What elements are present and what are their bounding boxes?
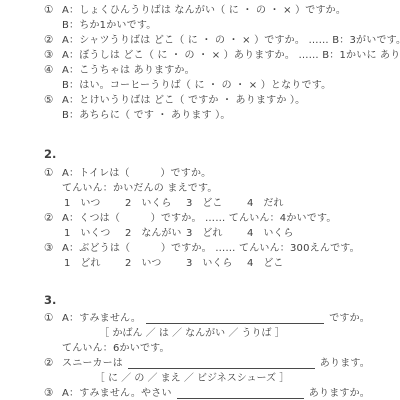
exercise-line: ① A：しょくひんうりばは なんがい（ に ・ の ・ × ）ですか。	[44, 3, 370, 18]
answer-blank	[128, 357, 315, 369]
answer-blank	[177, 387, 304, 399]
exercise-line: B：はい。コーヒーうりば（ に ・ の ・ × ）となりです。	[44, 78, 370, 93]
item-number: ②	[44, 211, 62, 226]
question-suffix: あります。	[320, 356, 370, 371]
dialogue-text: A：とけいうりばは どこ（ ですか ・ ありますか ）。	[62, 93, 305, 108]
choice-option: 4 だれ	[247, 196, 308, 211]
choice-option: 3 いくら	[186, 256, 247, 271]
dialogue-text: B：あちらに（ です ・ あります ）。	[62, 108, 231, 123]
choice-option: 1 どれ	[64, 256, 125, 271]
choice-option: 1 いくつ	[64, 226, 125, 241]
choice-option: 2 なんがい	[125, 226, 186, 241]
answer-line: てんいん：6かいです。	[44, 341, 370, 356]
question-suffix: ありますか。	[309, 386, 370, 400]
dialogue-text: B：ちか1かいです。	[62, 18, 156, 33]
section-3: 3. ① A：すみません。 ですか。 ［ かばん ／ は ／ なんがい ／ うり…	[44, 293, 370, 400]
choice-option: 2 いつ	[125, 256, 186, 271]
clerk-answer-text: てんいん：かいだんの まえです。	[62, 181, 218, 196]
exercise-line: B：ちか1かいです。	[44, 18, 370, 33]
dialogue-text: A：しょくひんうりばは なんがい（ に ・ の ・ × ）ですか。	[62, 3, 346, 18]
word-bank: ［ かばん ／ は ／ なんがい ／ うりば ］	[44, 326, 370, 341]
dialogue-text: A：シャツうりばは どこ（ に ・ の ・ × ）ですか。 …… B：3がいです…	[62, 33, 400, 48]
choice-option: 4 いくら	[247, 226, 308, 241]
section-2: 2. ① A：トイレは（ ）ですか。 てんいん：かいだんの まえです。 1 いつ…	[44, 147, 370, 271]
choice-row: 1 いつ 2 いくら 3 どこ 4 だれ	[44, 196, 370, 211]
item-number: ①	[44, 3, 62, 18]
exercise-line: ② A：シャツうりばは どこ（ に ・ の ・ × ）ですか。 …… B：3がい…	[44, 33, 370, 48]
worksheet-page: ① A：しょくひんうりばは なんがい（ に ・ の ・ × ）ですか。 B：ちか…	[0, 0, 400, 400]
exercise-line: ② スニーカーは あります。	[44, 356, 370, 371]
choice-option: 4 どこ	[247, 256, 308, 271]
section-heading: 3.	[44, 293, 370, 308]
clerk-answer-text: てんいん：6かいです。	[62, 341, 170, 356]
item-number: ②	[44, 356, 62, 371]
question-prefix: スニーカーは	[62, 356, 123, 371]
item-number: ⑤	[44, 93, 62, 108]
exercise-line: ① A：トイレは（ ）ですか。	[44, 166, 370, 181]
exercise-line: ③ A：ぶどうは（ ）ですか。 …… てんいん：300えんです。	[44, 241, 370, 256]
section-1: ① A：しょくひんうりばは なんがい（ に ・ の ・ × ）ですか。 B：ちか…	[44, 3, 370, 123]
dialogue-text: B：はい。コーヒーうりば（ に ・ の ・ × ）となりです。	[62, 78, 331, 93]
question-text: A：ぶどうは（ ）ですか。 …… てんいん：300えんです。	[62, 241, 360, 256]
question-suffix: ですか。	[329, 311, 370, 326]
dialogue-text: A：こうちゃは ありますか。	[62, 63, 195, 78]
question-prefix: A：すみません。やさい	[62, 386, 172, 400]
choice-row: 1 どれ 2 いつ 3 いくら 4 どこ	[44, 256, 370, 271]
choice-row: 1 いくつ 2 なんがい 3 どれ 4 いくら	[44, 226, 370, 241]
exercise-line: B：あちらに（ です ・ あります ）。	[44, 108, 370, 123]
item-number: ③	[44, 386, 62, 400]
item-number: ③	[44, 48, 62, 63]
exercise-line: ⑤ A：とけいうりばは どこ（ ですか ・ ありますか ）。	[44, 93, 370, 108]
word-bank: ［ に ／ の ／ まえ ／ ビジネスシューズ ］	[44, 371, 370, 386]
question-text: A：くつは（ ）ですか。 …… てんいん：4かいです。	[62, 211, 337, 226]
item-number: ④	[44, 63, 62, 78]
exercise-line: ④ A：こうちゃは ありますか。	[44, 63, 370, 78]
section-heading: 2.	[44, 147, 370, 162]
item-number: ①	[44, 166, 62, 181]
choice-option: 3 どれ	[186, 226, 247, 241]
item-number: ②	[44, 33, 62, 48]
item-number: ①	[44, 311, 62, 326]
answer-line: てんいん：かいだんの まえです。	[44, 181, 370, 196]
exercise-line: ③ A：ぼうしは どこ（ に ・ の ・ × ）ありますか。 …… B：1かいに…	[44, 48, 370, 63]
dialogue-text: A：ぼうしは どこ（ に ・ の ・ × ）ありますか。 …… B：1かいに あ…	[62, 48, 400, 63]
choice-option: 1 いつ	[64, 196, 125, 211]
item-number: ③	[44, 241, 62, 256]
exercise-line: ③ A：すみません。やさい ありますか。	[44, 386, 370, 400]
choice-option: 3 どこ	[186, 196, 247, 211]
choice-option: 2 いくら	[125, 196, 186, 211]
exercise-line: ② A：くつは（ ）ですか。 …… てんいん：4かいです。	[44, 211, 370, 226]
question-prefix: A：すみません。	[62, 311, 141, 326]
answer-blank	[146, 312, 324, 324]
exercise-line: ① A：すみません。 ですか。	[44, 311, 370, 326]
question-text: A：トイレは（ ）ですか。	[62, 166, 211, 181]
